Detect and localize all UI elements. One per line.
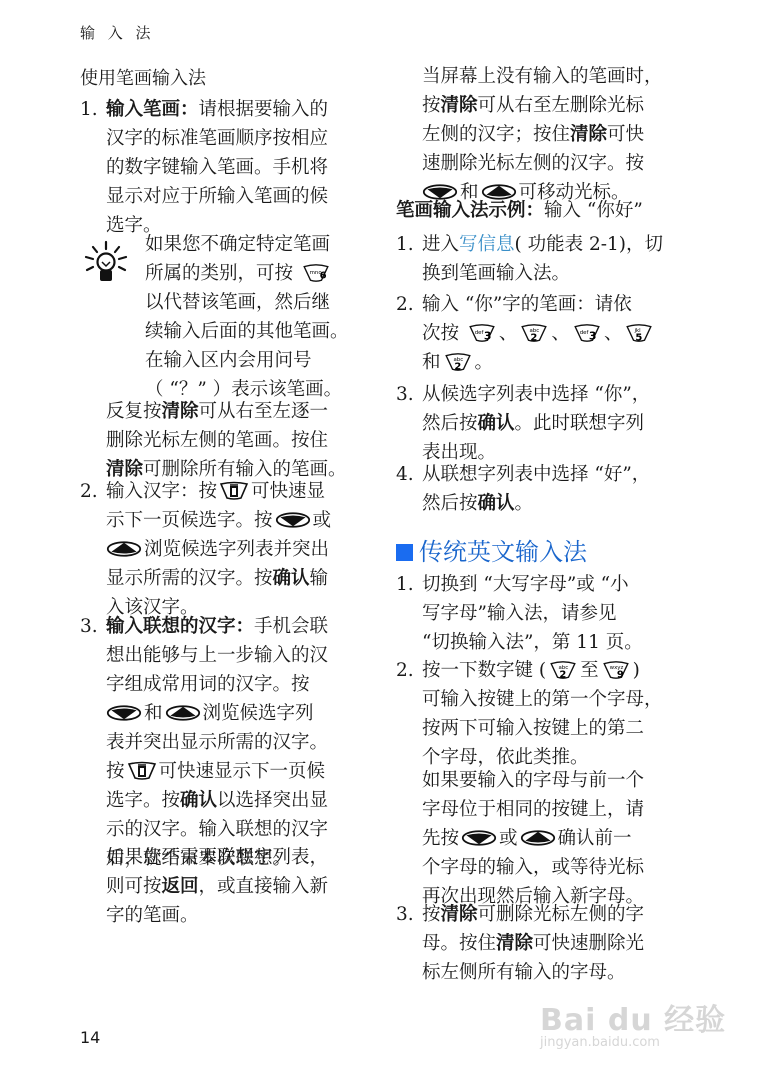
scroll-down-key-icon	[461, 828, 497, 848]
text-line: 表并突出显示所需的汉字。	[106, 728, 380, 757]
svg-text:5: 5	[636, 332, 643, 343]
item-lead: 输入联想的汉字：	[106, 616, 254, 637]
separator: 、	[551, 323, 570, 344]
text-line: 汉字的标准笔画顺序按相应	[106, 124, 380, 153]
section-title-text: 传统英文输入法	[419, 538, 587, 566]
text-line: 如果要输入的字母与前一个	[422, 766, 712, 795]
text: 或	[313, 510, 332, 531]
write-message-link[interactable]: 写信息	[459, 234, 515, 255]
softkey-confirm-label: 确认	[478, 493, 515, 514]
item-number: 1.	[396, 570, 414, 599]
text: 进入	[422, 234, 459, 255]
text: 按	[106, 761, 125, 782]
key-0-icon	[127, 761, 157, 781]
list-item-3: 3. 输入联想的汉字：手机会联 想出能够与上一步输入的汉 字组成常用词的汉字。按…	[80, 612, 380, 873]
english-step-3: 3. 按清除可删除光标左侧的字 母。按住清除可快速删除光 标左侧所有输入的字母。	[396, 900, 696, 987]
softkey-back-label: 返回	[162, 876, 199, 897]
english-step-1: 1. 切换到 “大写字母”或 “小 写字母”输入法，请参见 “切换输入法”，第 …	[396, 570, 696, 657]
text: 手机会联	[254, 616, 328, 637]
softkey-clear-label: 清除	[496, 933, 533, 954]
text: ，或直接输入新	[199, 876, 329, 897]
svg-text:3: 3	[484, 329, 492, 342]
text: 可快速删除光	[533, 933, 644, 954]
item-number: 3.	[396, 900, 414, 929]
text: 显示所需的汉字。按	[106, 568, 273, 589]
example-step-4: 4. 从联想字列表中选择 “好”， 然后按确认。	[396, 460, 696, 518]
text-line: 个字母的输入，或等待光标	[422, 853, 712, 882]
key-9-wxyz-icon: wxyz9	[601, 660, 631, 680]
softkey-clear-label: 清除	[441, 904, 478, 925]
text-line: 按两下可输入按键上的第二	[422, 714, 696, 743]
section-square-icon	[396, 544, 413, 561]
text-line: 删除光标左侧的笔画。按住	[106, 426, 386, 455]
text-line: 示的汉字。输入联想的汉字	[106, 815, 380, 844]
key-3-def-icon: def3	[572, 323, 602, 343]
text-line: 想出能够与上一步输入的汉	[106, 641, 380, 670]
item-number: 4.	[396, 460, 414, 489]
text: 浏览候选字列	[203, 703, 314, 724]
softkey-confirm-label: 确认	[180, 790, 217, 811]
text: 示下一页候选字。按	[106, 510, 273, 531]
text-line: 字组成常用词的汉字。按	[106, 670, 380, 699]
scroll-up-key-icon	[165, 703, 201, 723]
tip-box: 如果您不确定特定笔画 所属的类别，可按 mno6 以代替该笔画，然后继 续输入后…	[145, 230, 385, 404]
text: 然后按	[422, 493, 478, 514]
text: 按	[422, 95, 441, 116]
scroll-down-key-icon	[106, 703, 142, 723]
text-line: 速删除光标左侧的汉字。按	[422, 149, 712, 178]
text-line: 请根据要输入的	[199, 99, 329, 120]
text: ( 功能表 2-1)，切	[515, 234, 664, 255]
item-number: 3.	[80, 612, 98, 641]
softkey-clear-label: 清除	[570, 124, 607, 145]
example-step-3: 3. 从候选字列表中选择 “你”， 然后按确认。此时联想字列 表出现。	[396, 380, 696, 467]
text-line: 从联想字列表中选择 “好”，	[422, 460, 696, 489]
text-line: 以代替该笔画，然后继	[145, 288, 385, 317]
item-number: 2.	[80, 477, 98, 506]
key-2-abc-icon: abc2	[519, 323, 549, 343]
baidu-watermark: Bai du 经验 jingyan.baidu.com	[540, 995, 726, 1050]
key-0-icon	[219, 481, 249, 501]
text: 可快	[607, 124, 644, 145]
subheading-stroke-input: 使用笔画输入法	[80, 64, 206, 90]
text-line: 显示对应于所输入笔画的候	[106, 182, 380, 211]
list-item-1: 1. 输入笔画：请根据要输入的 汉字的标准笔画顺序按相应 的数字键输入笔画。手机…	[80, 95, 380, 240]
text: 然后按	[422, 413, 478, 434]
text: 。	[475, 352, 494, 373]
text-line: 可输入按键上的第一个字母，	[422, 685, 696, 714]
text-line: 所属的类别，可按	[145, 263, 293, 284]
page-header: 输 入 法	[80, 22, 155, 43]
text: 和	[144, 703, 163, 724]
text-line: 如果您不确定特定笔画	[145, 230, 385, 259]
text-line: 在输入区内会用问号	[145, 346, 385, 375]
text: 。此时联想字列	[515, 413, 645, 434]
item-number: 1.	[80, 95, 98, 124]
text: 以选择突出显	[217, 790, 328, 811]
text: 输入汉字：按	[106, 481, 217, 502]
text-line: 字母位于相同的按键上，请	[422, 795, 712, 824]
separator: 、	[604, 323, 623, 344]
text: 输	[310, 568, 329, 589]
section-title-traditional-english: 传统英文输入法	[396, 532, 587, 567]
text: 按	[422, 904, 441, 925]
lightbulb-icon	[83, 240, 129, 286]
scroll-down-key-icon	[275, 510, 311, 530]
text: 和	[422, 352, 441, 373]
text: 母。按住	[422, 933, 496, 954]
separator: 、	[499, 323, 518, 344]
softkey-clear-label: 清除	[162, 401, 199, 422]
text: 可快速显	[251, 481, 325, 502]
text: 或	[499, 828, 518, 849]
example-heading-text: 输入 “你好”	[544, 200, 643, 221]
text: 次按	[422, 323, 459, 344]
svg-text:3: 3	[589, 329, 597, 342]
clear-strokes-paragraph: 反复按清除可从右至左逐一 删除光标左侧的笔画。按住 清除可删除所有输入的笔画。	[106, 397, 386, 484]
list-item-2: 2. 输入汉字：按可快速显 示下一页候选字。按或 浏览候选字列表并突出 显示所需…	[80, 477, 380, 622]
text: 反复按	[106, 401, 162, 422]
item-number: 3.	[396, 380, 414, 409]
text-line: 如果您不需要联想字列表，	[106, 843, 386, 872]
text: 可从右至左逐一	[199, 401, 329, 422]
text: 左侧的汉字；按住	[422, 124, 570, 145]
example-step-2: 2. 输入 “你”字的笔画：请依 次按 def3、abc2、def3、jkl5 …	[396, 290, 696, 377]
key-2-abc-icon: abc2	[443, 352, 473, 372]
text: )	[633, 660, 640, 681]
text: 按一下数字键 (	[422, 660, 546, 681]
text: 则可按	[106, 876, 162, 897]
text: 可删除光标左侧的字	[478, 904, 645, 925]
example-heading-bold: 笔画输入法示例：	[396, 200, 544, 221]
text: 可快速显示下一页候	[159, 761, 326, 782]
text-line: “切换输入法”，第 11 页。	[422, 628, 696, 657]
key-3-def-icon: def3	[467, 323, 497, 343]
text-line: 切换到 “大写字母”或 “小	[422, 570, 696, 599]
example-step-1: 1. 进入写信息( 功能表 2-1)，切 换到笔画输入法。	[396, 230, 696, 288]
softkey-confirm-label: 确认	[273, 568, 310, 589]
text-line: 从候选字列表中选择 “你”，	[422, 380, 696, 409]
text-line: 字的笔画。	[106, 901, 386, 930]
svg-text:2: 2	[454, 361, 461, 372]
scroll-up-key-icon	[106, 539, 142, 559]
scroll-up-key-icon	[520, 828, 556, 848]
softkey-confirm-label: 确认	[478, 413, 515, 434]
key-6-mno-icon: mno6	[301, 263, 331, 283]
key-2-abc-icon: abc2	[548, 660, 578, 680]
page-number: 14	[80, 1028, 100, 1047]
text-line: 标左侧所有输入的字母。	[422, 958, 696, 987]
same-key-paragraph: 如果要输入的字母与前一个 字母位于相同的按键上，请 先按或确认前一 个字母的输入…	[422, 766, 712, 911]
text: 。	[515, 493, 534, 514]
text: 浏览候选字列表并突出	[144, 539, 329, 560]
svg-text:2: 2	[559, 669, 566, 680]
svg-text:2: 2	[531, 332, 538, 343]
example-heading: 笔画输入法示例：输入 “你好”	[396, 196, 726, 225]
item-number: 2.	[396, 656, 414, 685]
item-lead: 输入笔画：	[106, 99, 199, 120]
item-number: 1.	[396, 230, 414, 259]
softkey-clear-label: 清除	[441, 95, 478, 116]
svg-text:9: 9	[617, 669, 624, 680]
text: 至	[580, 660, 599, 681]
english-step-2: 2. 按一下数字键 (abc2至wxyz9) 可输入按键上的第一个字母， 按两下…	[396, 656, 696, 772]
text-line: 换到笔画输入法。	[422, 259, 696, 288]
text: 可从右至左删除光标	[478, 95, 645, 116]
text: 先按	[422, 828, 459, 849]
text-line: 写字母”输入法，请参见	[422, 599, 696, 628]
disable-association-paragraph: 如果您不需要联想字列表， 则可按返回，或直接输入新 字的笔画。	[106, 843, 386, 930]
watermark-logo: Bai du 经验	[540, 995, 726, 1039]
key-5-jkl-icon: jkl5	[624, 323, 654, 343]
svg-text:6: 6	[320, 270, 327, 281]
text-line: 当屏幕上没有输入的笔画时，	[422, 62, 712, 91]
item-number: 2.	[396, 290, 414, 319]
text: 选字。按	[106, 790, 180, 811]
cursor-move-paragraph: 当屏幕上没有输入的笔画时， 按清除可从右至左删除光标 左侧的汉字；按住清除可快 …	[422, 62, 712, 207]
text-line: 续输入后面的其他笔画。	[145, 317, 385, 346]
text-line: 输入 “你”字的笔画：请依	[422, 290, 696, 319]
text-line: 的数字键输入笔画。手机将	[106, 153, 380, 182]
text: 确认前一	[558, 828, 632, 849]
